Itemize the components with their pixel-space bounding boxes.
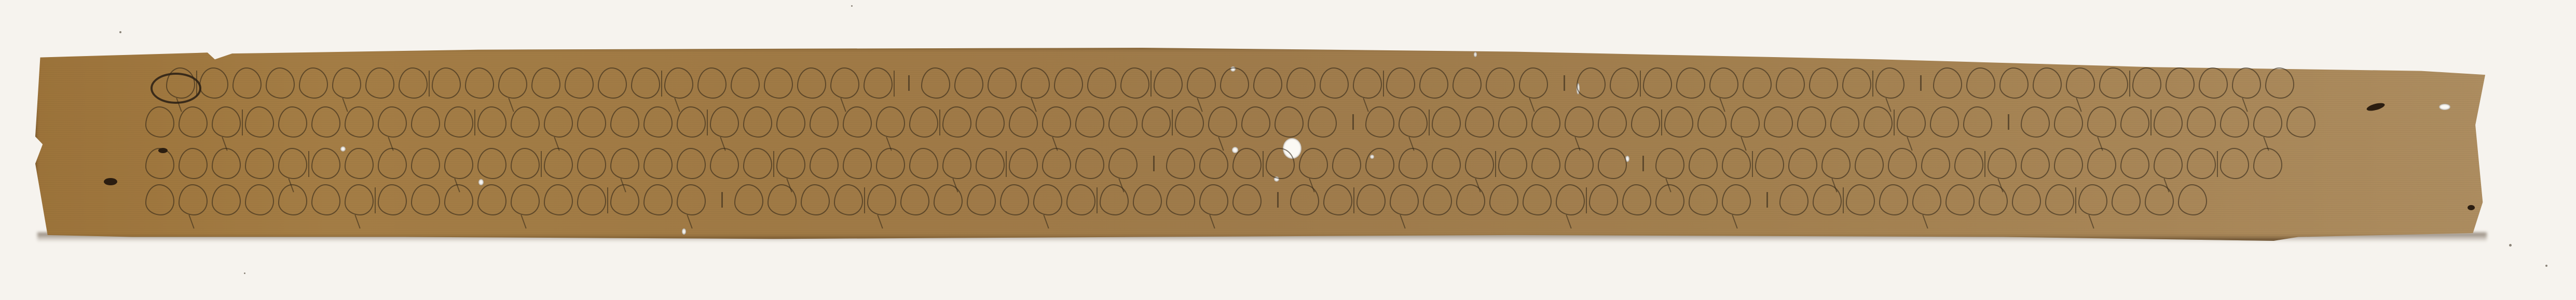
odia-glyph [1365,148,1394,179]
odia-glyph [1456,184,1485,215]
odia-glyph [1519,67,1548,99]
odia-glyph [2066,67,2095,99]
odia-glyph [1933,67,1962,99]
odia-glyph [1332,148,1361,179]
odia-glyph [810,148,839,179]
odia-glyph [2286,106,2315,138]
odia-glyph [2021,148,2050,179]
odia-glyph [942,106,971,138]
odia-glyph [988,67,1017,99]
odia-glyph [1788,148,1817,179]
odia-glyph [1042,148,1071,179]
odia-glyph [399,67,428,99]
odia-glyph [1489,184,1518,215]
odia-glyph [1966,67,1995,99]
odia-glyph [1432,148,1461,179]
odia-glyph [900,184,929,215]
odia-glyph [1577,67,1606,99]
odia-glyph [2099,67,2128,99]
odia-glyph [1275,106,1304,138]
odia-glyph [2021,106,2050,138]
odia-glyph [2012,184,2041,215]
odia-glyph [1912,184,1941,215]
odia-glyph [697,67,727,99]
odia-glyph [2187,106,2216,138]
odia-glyph [843,106,872,138]
odia-glyph [2187,148,2216,179]
odia-glyph [1108,106,1138,138]
odia-glyph [2054,106,2083,138]
odia-glyph [1879,184,1908,215]
odia-glyph [1423,184,1452,215]
odia-glyph [1199,184,1228,215]
odia-glyph [710,106,739,138]
odia-glyph [1353,67,1382,99]
odia-glyph [378,106,407,138]
odia-glyph [212,184,241,215]
odia-glyph [1697,106,1727,138]
odia-glyph [311,106,340,138]
odia-glyph [145,148,174,179]
odia-glyph [1075,148,1104,179]
odia-glyph [2033,67,2062,99]
odia-glyph [1390,184,1419,215]
odia-glyph [2145,184,2174,215]
odia-glyph [2087,148,2116,179]
odia-glyph [1643,67,1672,99]
odia-glyph [2154,106,2183,138]
odia-glyph [1709,67,1738,99]
odia-glyph [2087,106,2116,138]
odia-glyph [1142,106,1171,138]
odia-glyph [764,67,793,99]
odia-glyph [465,67,494,99]
danda-punctuation [721,192,723,208]
odia-glyph [734,184,763,215]
odia-glyph [1232,148,1262,179]
odia-glyph [1498,106,1527,138]
odia-glyph [1556,184,1585,215]
odia-glyph [976,148,1005,179]
odia-glyph [565,67,594,99]
odia-glyph [909,106,938,138]
odia-glyph [942,148,971,179]
odia-glyph [1988,148,2017,179]
odia-glyph [411,106,440,138]
odia-glyph [1208,106,1237,138]
odia-glyph [1286,67,1316,99]
odia-glyph [909,148,938,179]
odia-glyph [2253,106,2282,138]
odia-glyph [610,106,639,138]
odia-glyph [299,67,328,99]
odia-glyph [1033,184,1062,215]
odia-glyph [864,67,893,99]
odia-glyph [179,184,208,215]
odia-glyph [1386,67,1415,99]
odia-glyph [2054,148,2083,179]
odia-glyph [1419,67,1448,99]
odia-glyph [278,148,307,179]
odia-glyph [1655,148,1684,179]
odia-glyph [797,67,826,99]
danda-punctuation [1277,192,1279,208]
odia-glyph [954,67,983,99]
odia-glyph [677,106,706,138]
odia-glyph [511,148,540,179]
odia-glyph [311,148,340,179]
odia-glyph [1166,148,1195,179]
odia-glyph [677,184,706,215]
odia-glyph [1888,148,1917,179]
odia-glyph [2120,148,2149,179]
odia-glyph [1042,106,1071,138]
odia-glyph [345,106,374,138]
odia-glyph [212,148,241,179]
odia-glyph [876,148,905,179]
odia-glyph [2154,148,2183,179]
odia-glyph [976,106,1005,138]
odia-glyph [1220,67,1249,99]
odia-glyph [1175,106,1204,138]
odia-glyph [2045,184,2074,215]
odia-glyph [1821,148,1851,179]
odia-glyph [1689,184,1718,215]
odia-glyph [477,106,506,138]
danda-punctuation [1642,156,1644,171]
odia-glyph [179,148,208,179]
odia-glyph [1945,184,1975,215]
odia-glyph [345,148,374,179]
odia-glyph [278,184,307,215]
odia-glyph [631,67,660,99]
odia-glyph [1320,67,1349,99]
odia-glyph [2253,148,2282,179]
small-hole [2439,104,2450,110]
odia-glyph [1676,67,1705,99]
odia-glyph [2132,67,2161,99]
odia-glyph [1108,148,1138,179]
odia-glyph [1465,148,1494,179]
danda-punctuation [908,75,910,91]
odia-glyph [1133,184,1162,215]
odia-glyph [1066,184,1095,215]
background-speck [119,31,121,33]
odia-glyph [1498,148,1527,179]
odia-glyph [1166,184,1195,215]
manuscript-line-1 [166,65,2298,101]
odia-glyph [278,106,307,138]
odia-glyph [311,184,340,215]
odia-glyph [345,184,374,215]
odia-glyph [544,184,573,215]
odia-glyph [743,106,772,138]
odia-glyph [1453,67,1482,99]
odia-glyph [810,106,839,138]
danda-punctuation [2008,114,2009,130]
odia-glyph [643,148,673,179]
odia-glyph [199,67,228,99]
odia-glyph [2112,184,2141,215]
worm-hole [104,178,117,185]
odia-glyph [1622,184,1651,215]
odia-glyph [166,67,195,99]
odia-glyph [1299,148,1328,179]
odia-glyph [1999,67,2029,99]
manuscript-line-2 [145,104,2320,140]
background-speck [244,272,245,274]
odia-glyph [1187,67,1216,99]
odia-glyph [1075,106,1104,138]
odia-glyph [1797,106,1826,138]
odia-glyph [610,148,639,179]
odia-glyph [1565,106,1594,138]
odia-glyph [1120,67,1149,99]
odia-glyph [1199,148,1228,179]
odia-glyph [212,106,241,138]
odia-glyph [1465,106,1494,138]
odia-glyph [1764,106,1793,138]
odia-glyph [1930,106,1959,138]
odia-glyph [544,148,573,179]
odia-glyph [232,67,262,99]
odia-glyph [511,184,540,215]
odia-glyph [1399,148,1428,179]
odia-glyph [1813,184,1842,215]
odia-glyph [1523,184,1552,215]
odia-glyph [577,106,606,138]
odia-glyph [1054,67,1083,99]
odia-glyph [834,184,863,215]
odia-glyph [743,148,772,179]
odia-glyph [1232,184,1262,215]
odia-glyph [2178,184,2207,215]
odia-glyph [830,67,859,99]
odia-glyph [2078,184,2107,215]
odia-glyph [921,67,950,99]
manuscript-line-3 [145,145,2286,182]
odia-glyph [1809,67,1838,99]
odia-glyph [531,67,560,99]
odia-glyph [1598,106,1627,138]
odia-glyph [1743,67,1772,99]
odia-glyph [967,184,996,215]
odia-glyph [411,184,440,215]
odia-glyph [1610,67,1639,99]
odia-glyph [876,106,905,138]
odia-glyph [1565,148,1594,179]
odia-glyph [498,67,527,99]
odia-glyph [1842,67,1871,99]
odia-glyph [1531,106,1560,138]
odia-glyph [664,67,693,99]
odia-glyph [145,184,174,215]
odia-glyph [710,148,739,179]
odia-glyph [610,184,639,215]
odia-glyph [1087,67,1116,99]
odia-glyph [643,184,673,215]
background-speck [851,5,853,7]
odia-glyph [266,67,295,99]
danda-punctuation [1766,192,1768,208]
odia-glyph [1356,184,1386,215]
odia-glyph [1722,184,1751,215]
odia-glyph [1323,184,1352,215]
odia-glyph [2220,148,2249,179]
odia-glyph [1000,184,1029,215]
odia-glyph [867,184,896,215]
odia-glyph [1631,106,1660,138]
odia-glyph [245,106,274,138]
odia-glyph [2166,67,2195,99]
odia-glyph [378,184,407,215]
odia-glyph [1897,106,1926,138]
odia-glyph [801,184,830,215]
odia-glyph [1154,67,1183,99]
danda-punctuation [1352,114,1354,130]
odia-glyph [1365,106,1394,138]
odia-glyph [577,148,606,179]
odia-glyph [776,148,805,179]
odia-glyph [677,148,706,179]
odia-glyph [1009,148,1038,179]
odia-glyph [1875,67,1904,99]
danda-punctuation [1920,75,1922,91]
odia-glyph [1655,184,1684,215]
odia-glyph [1722,148,1751,179]
odia-glyph [1979,184,2008,215]
odia-glyph [1241,106,1270,138]
odia-glyph [1531,148,1560,179]
worm-hole [2468,205,2475,210]
odia-glyph [1954,148,1983,179]
odia-glyph [843,148,872,179]
odia-glyph [1598,148,1627,179]
odia-glyph [1021,67,1050,99]
odia-glyph [1486,67,1515,99]
odia-glyph [1689,148,1718,179]
odia-glyph [2232,67,2261,99]
odia-glyph [2199,67,2228,99]
odia-glyph [1589,184,1618,215]
odia-glyph [577,184,606,215]
odia-glyph [598,67,627,99]
background-speck [2545,265,2547,267]
odia-glyph [1755,148,1784,179]
odia-glyph [1308,106,1337,138]
odia-glyph [1731,106,1760,138]
odia-glyph [2265,67,2294,99]
odia-glyph [332,67,361,99]
danda-punctuation [1153,156,1155,171]
odia-glyph [444,148,473,179]
odia-glyph [1779,184,1808,215]
odia-glyph [934,184,963,215]
odia-glyph [511,106,540,138]
odia-glyph [1846,184,1875,215]
odia-glyph [1864,106,1893,138]
odia-glyph [1399,106,1428,138]
odia-glyph [378,148,407,179]
odia-glyph [1921,148,1950,179]
odia-glyph [2220,106,2249,138]
odia-glyph [245,184,274,215]
small-hole [682,228,686,235]
odia-glyph [411,148,440,179]
odia-glyph [1253,67,1282,99]
odia-glyph [1855,148,1884,179]
odia-glyph [1830,106,1859,138]
odia-glyph [444,184,473,215]
odia-glyph [1009,106,1038,138]
background-speck [2509,244,2512,247]
odia-glyph [544,106,573,138]
small-hole [1474,52,1477,57]
odia-glyph [365,67,394,99]
odia-glyph [1963,106,1992,138]
odia-glyph [768,184,797,215]
odia-glyph [477,184,506,215]
odia-glyph [1266,148,1295,179]
odia-glyph [1432,106,1461,138]
odia-glyph [145,106,174,138]
odia-glyph [731,67,760,99]
odia-glyph [1100,184,1129,215]
odia-glyph [1664,106,1693,138]
odia-glyph [776,106,805,138]
manuscript-line-4 [145,182,2211,218]
odia-glyph [477,148,506,179]
odia-glyph [2120,106,2149,138]
danda-punctuation [1564,75,1565,91]
odia-glyph [444,106,473,138]
odia-glyph [643,106,673,138]
odia-glyph [432,67,461,99]
odia-glyph [179,106,208,138]
odia-glyph [1776,67,1805,99]
odia-glyph [1290,184,1319,215]
odia-glyph [245,148,274,179]
